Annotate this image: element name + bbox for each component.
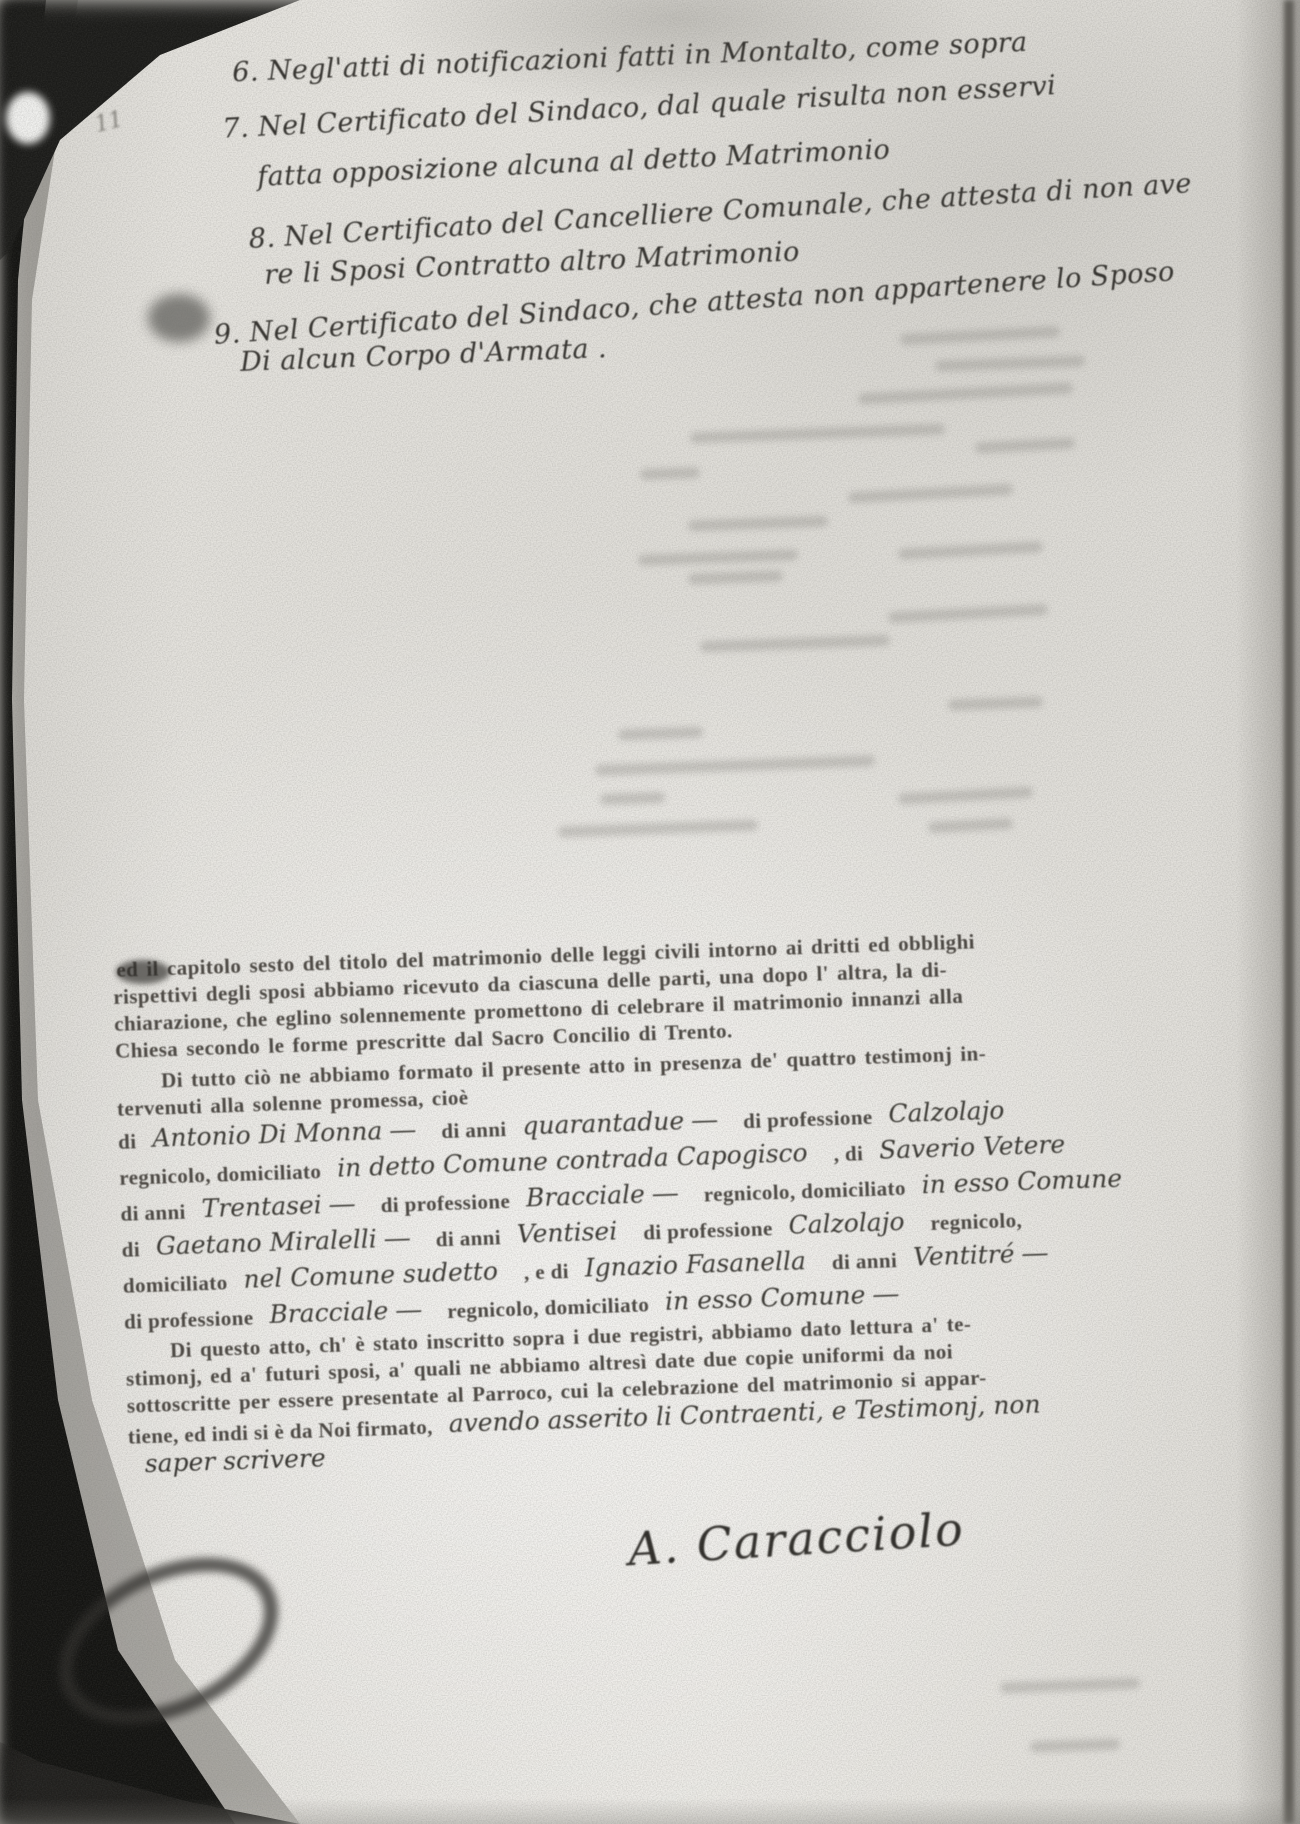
handwritten-item-7-continued: fatta opposizione alcuna al detto Matrim…: [257, 134, 891, 193]
handwritten-entry: Calzolajo: [788, 1207, 905, 1240]
ghost-streak: [638, 549, 798, 566]
ghost-streak: [935, 355, 1085, 371]
ghost-streak: [618, 727, 703, 741]
scan-highlight-spot: [6, 92, 50, 144]
ghost-streak: [898, 541, 1043, 560]
handwritten-entry: Trentasei ―: [201, 1189, 355, 1223]
handwritten-no-sign-note-continued: saper scrivere: [144, 1443, 326, 1478]
printed-text: di anni: [441, 1117, 507, 1144]
document-scan-page: 11 6. Negl'atti di notificazioni fatti i…: [0, 0, 1300, 1824]
ghost-streak: [928, 818, 1013, 833]
ghost-streak: [948, 696, 1043, 710]
printed-text: regnicolo,: [930, 1208, 1022, 1236]
handwritten-entry: Ventisei: [516, 1216, 617, 1248]
handwritten-entry: Ignazio Fasanella: [584, 1246, 806, 1282]
page-edge-line: [1284, 0, 1294, 1824]
ghost-streak: [558, 820, 758, 838]
ghost-streak: [600, 792, 665, 805]
ghost-streak: [975, 437, 1075, 453]
handwritten-entry: quarantadue ―: [522, 1105, 718, 1140]
printed-text: di: [118, 1129, 137, 1155]
ink-blot-loop: [32, 1524, 305, 1757]
printed-text: di anni: [832, 1248, 898, 1275]
handwritten-entry: Bracciale ―: [525, 1178, 678, 1212]
handwritten-entry: Bracciale ―: [269, 1295, 422, 1329]
bottom-edge-shading: [0, 1798, 1300, 1824]
ghost-streak: [858, 382, 1073, 404]
ghost-streak: [900, 326, 1060, 345]
printed-text: regnicolo, domiciliato: [703, 1176, 906, 1208]
printed-act-body: ed il capitolo sesto del titolo del matr…: [112, 922, 1201, 958]
ghost-streak: [640, 467, 700, 480]
ghost-streak: [1000, 1678, 1140, 1694]
corner-ink-blot: [0, 1742, 300, 1824]
handwritten-entry: Saverio Vetere: [879, 1130, 1066, 1165]
handwritten-entry: Ventitré ―: [913, 1238, 1048, 1271]
pencil-page-number: 11: [92, 107, 125, 138]
printed-text: di professione: [643, 1216, 773, 1245]
ghost-streak: [700, 635, 890, 653]
right-edge-shading: [1236, 0, 1300, 1824]
handwritten-entry: Gaetano Miralelli ―: [155, 1223, 410, 1260]
ghost-streak: [688, 516, 828, 532]
ghost-streak: [595, 755, 875, 776]
printed-text: di anni: [120, 1200, 186, 1227]
handwritten-entry: in esso Comune ―: [665, 1279, 899, 1316]
printed-text: , e di: [524, 1259, 570, 1285]
printed-text: regnicolo, domiciliato: [119, 1159, 322, 1191]
printed-text: di professione: [124, 1306, 254, 1335]
ghost-streak: [690, 424, 945, 444]
handwritten-entry: nel Comune sudetto: [243, 1256, 498, 1293]
ghost-streak: [848, 484, 1013, 504]
printed-text: , di: [833, 1141, 863, 1167]
handwritten-entry: in esso Comune: [921, 1164, 1122, 1200]
printed-text: di professione: [743, 1105, 873, 1134]
ghost-streak: [888, 604, 1048, 623]
printed-text: regnicolo, domiciliato: [447, 1292, 650, 1324]
ink-smudge: [116, 960, 170, 984]
printed-text: di professione: [380, 1189, 510, 1218]
printed-text: domiciliato: [122, 1270, 228, 1298]
printed-text: di: [121, 1237, 140, 1263]
official-signature: A. Caracciolo: [627, 1502, 967, 1576]
ghost-streak: [688, 570, 783, 584]
ghost-streak: [898, 786, 1033, 804]
printed-text: di anni: [435, 1225, 501, 1252]
handwritten-entry: Antonio Di Monna ―: [152, 1115, 416, 1153]
handwritten-entry: Calzolajo: [888, 1096, 1005, 1129]
ghost-streak: [1030, 1738, 1120, 1752]
ink-smudge: [148, 294, 210, 342]
